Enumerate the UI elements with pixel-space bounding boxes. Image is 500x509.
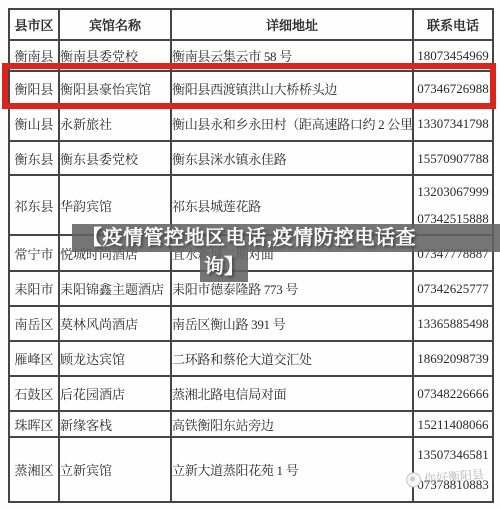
hotel-name-cell: 衡东县委党校 bbox=[59, 141, 171, 175]
phone-number: 18073454969 bbox=[417, 48, 489, 63]
phone-number: 15570907788 bbox=[417, 151, 489, 166]
phone-number: 13203067999 bbox=[417, 184, 489, 199]
table-row: 蒸湘区立新宾馆立新大道蒸阳花苑 1 号135073465810737881088… bbox=[9, 437, 493, 502]
table-row: 衡山县永新旅社衡山县永和乡永田村（距高速路口约 2 公里）13307341798 bbox=[9, 106, 493, 141]
table-row: 耒阳市耒阳锦鑫主题酒店耒阳市德泰隆路 773 号07342625777 bbox=[9, 271, 493, 306]
phone-cell: 1320306799907342515888 bbox=[413, 175, 493, 235]
address-cell: 耒阳市德泰隆路 773 号 bbox=[171, 271, 413, 306]
hotel-name-cell: 顾龙达宾馆 bbox=[59, 341, 171, 376]
phone-cell: 07347778887 bbox=[413, 235, 493, 271]
hotel-name-cell: 衡阳县豪怡宾馆 bbox=[59, 71, 171, 106]
hotel-name-cell: 耒阳锦鑫主题酒店 bbox=[59, 271, 171, 306]
phone-number: 07342515888 bbox=[417, 211, 489, 226]
phone-number: 07348226666 bbox=[417, 386, 489, 401]
phone-number: 18692098739 bbox=[417, 351, 489, 366]
table-row: 珠晖区新缘客栈高铁衡阳东站旁边15211408066 bbox=[9, 411, 493, 437]
table-row: 常宁市悦城时尚酒店宜水新城二期对面07347778887 bbox=[9, 235, 493, 271]
hotels-table: 县市区宾馆名称详细地址联系电话 衡南县衡南县委党校衡南县云集云市 58 号180… bbox=[8, 8, 494, 503]
address-cell: 祁东县城莲花路 bbox=[171, 175, 413, 235]
district-cell: 雁峰区 bbox=[9, 341, 59, 376]
district-cell: 南岳区 bbox=[9, 306, 59, 341]
district-cell: 石鼓区 bbox=[9, 376, 59, 411]
phone-number: 13307341798 bbox=[417, 116, 489, 131]
hotel-name-cell: 新缘客栈 bbox=[59, 411, 171, 437]
address-cell: 衡南县云集云市 58 号 bbox=[171, 40, 413, 71]
phone-number: 15211408066 bbox=[417, 417, 488, 432]
hotel-name-cell: 立新宾馆 bbox=[59, 437, 171, 502]
phone-cell: 15211408066 bbox=[413, 411, 493, 437]
hotel-name-cell: 华韵宾馆 bbox=[59, 175, 171, 235]
address-cell: 高铁衡阳东站旁边 bbox=[171, 411, 413, 437]
district-cell: 耒阳市 bbox=[9, 271, 59, 306]
phone-number: 13365885498 bbox=[417, 316, 489, 331]
address-cell: 二环路和蔡伦大道交汇处 bbox=[171, 341, 413, 376]
table-row-highlighted: 衡阳县衡阳县豪怡宾馆衡阳县西渡镇洪山大桥桥头边07346726988 bbox=[9, 71, 493, 106]
phone-cell: 18073454969 bbox=[413, 40, 493, 71]
table-row: 祁东县华韵宾馆祁东县城莲花路1320306799907342515888 bbox=[9, 175, 493, 235]
column-header: 详细地址 bbox=[171, 9, 413, 40]
phone-cell: 13307341798 bbox=[413, 106, 493, 141]
phone-number: 07342625777 bbox=[417, 281, 489, 296]
address-cell: 立新大道蒸阳花苑 1 号 bbox=[171, 437, 413, 502]
phone-cell: 07346726988 bbox=[413, 71, 493, 106]
column-header: 联系电话 bbox=[413, 9, 493, 40]
district-cell: 衡阳县 bbox=[9, 71, 59, 106]
table-row: 衡南县衡南县委党校衡南县云集云市 58 号18073454969 bbox=[9, 40, 493, 71]
district-cell: 祁东县 bbox=[9, 175, 59, 235]
table-header-row: 县市区宾馆名称详细地址联系电话 bbox=[9, 9, 493, 40]
hotel-name-cell: 悦城时尚酒店 bbox=[59, 235, 171, 271]
address-cell: 衡东县洣水镇永佳路 bbox=[171, 141, 413, 175]
phone-number: 07347778887 bbox=[417, 246, 489, 261]
phone-cell: 07348226666 bbox=[413, 376, 493, 411]
phone-cell: 13365885498 bbox=[413, 306, 493, 341]
district-cell: 蒸湘区 bbox=[9, 437, 59, 502]
address-cell: 南岳区衡山路 391 号 bbox=[171, 306, 413, 341]
hotel-name-cell: 永新旅社 bbox=[59, 106, 171, 141]
address-cell: 衡阳县西渡镇洪山大桥桥头边 bbox=[171, 71, 413, 106]
table-row: 石鼓区后花园酒店蒸湘北路电信局对面07348226666 bbox=[9, 376, 493, 411]
district-cell: 衡南县 bbox=[9, 40, 59, 71]
district-cell: 珠晖区 bbox=[9, 411, 59, 437]
district-cell: 衡山县 bbox=[9, 106, 59, 141]
district-cell: 衡东县 bbox=[9, 141, 59, 175]
column-header: 县市区 bbox=[9, 9, 59, 40]
phone-number: 07378810883 bbox=[417, 477, 489, 492]
table-row: 衡东县衡东县委党校衡东县洣水镇永佳路15570907788 bbox=[9, 141, 493, 175]
address-cell: 衡山县永和乡永田村（距高速路口约 2 公里） bbox=[171, 106, 413, 141]
table-row: 南岳区莫林风尚酒店南岳区衡山路 391 号13365885498 bbox=[9, 306, 493, 341]
page: 县市区宾馆名称详细地址联系电话 衡南县衡南县委党校衡南县云集云市 58 号180… bbox=[0, 0, 500, 509]
hotel-name-cell: 后花园酒店 bbox=[59, 376, 171, 411]
phone-cell: 15570907788 bbox=[413, 141, 493, 175]
phone-cell: 18692098739 bbox=[413, 341, 493, 376]
phone-cell: 1350734658107378810883 bbox=[413, 437, 493, 502]
address-cell: 蒸湘北路电信局对面 bbox=[171, 376, 413, 411]
table-body: 衡南县衡南县委党校衡南县云集云市 58 号18073454969衡阳县衡阳县豪怡… bbox=[9, 40, 493, 502]
hotel-name-cell: 衡南县委党校 bbox=[59, 40, 171, 71]
district-cell: 常宁市 bbox=[9, 235, 59, 271]
table-row: 雁峰区顾龙达宾馆二环路和蔡伦大道交汇处18692098739 bbox=[9, 341, 493, 376]
phone-number: 13507346581 bbox=[417, 447, 489, 462]
hotel-name-cell: 莫林风尚酒店 bbox=[59, 306, 171, 341]
phone-cell: 07342625777 bbox=[413, 271, 493, 306]
address-cell: 宜水新城二期对面 bbox=[171, 235, 413, 271]
column-header: 宾馆名称 bbox=[59, 9, 171, 40]
phone-number: 07346726988 bbox=[417, 81, 489, 96]
